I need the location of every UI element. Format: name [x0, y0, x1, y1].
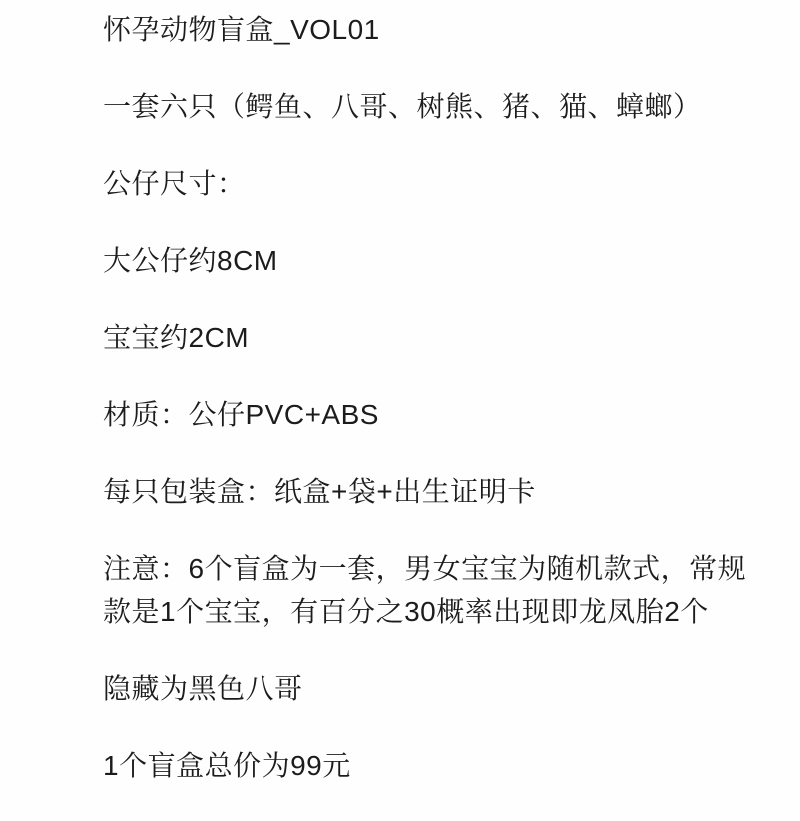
price-line: 1个盲盒总价为99元 — [103, 744, 743, 787]
product-title: 怀孕动物盲盒_VOL01 — [103, 8, 743, 51]
set-contents-line: 一套六只（鳄鱼、八哥、树熊、猪、猫、蟑螂） — [103, 85, 743, 128]
packaging-line: 每只包装盒：纸盒+袋+出生证明卡 — [103, 470, 743, 513]
product-description: 怀孕动物盲盒_VOL01 一套六只（鳄鱼、八哥、树熊、猪、猫、蟑螂） 公仔尺寸：… — [103, 8, 743, 800]
size-heading: 公仔尺寸： — [103, 162, 743, 205]
hidden-edition-line: 隐藏为黑色八哥 — [103, 667, 743, 710]
note-line-1: 注意：6个盲盒为一套，男女宝宝为随机款式，常规 — [103, 547, 743, 590]
note-paragraph: 注意：6个盲盒为一套，男女宝宝为随机款式，常规 款是1个宝宝，有百分之30概率出… — [103, 547, 743, 633]
material-line: 材质：公仔PVC+ABS — [103, 393, 743, 436]
note-line-2: 款是1个宝宝，有百分之30概率出现即龙凤胎2个 — [103, 590, 743, 633]
size-large-figure-line: 大公仔约8CM — [103, 239, 743, 282]
size-baby-figure-line: 宝宝约2CM — [103, 316, 743, 359]
